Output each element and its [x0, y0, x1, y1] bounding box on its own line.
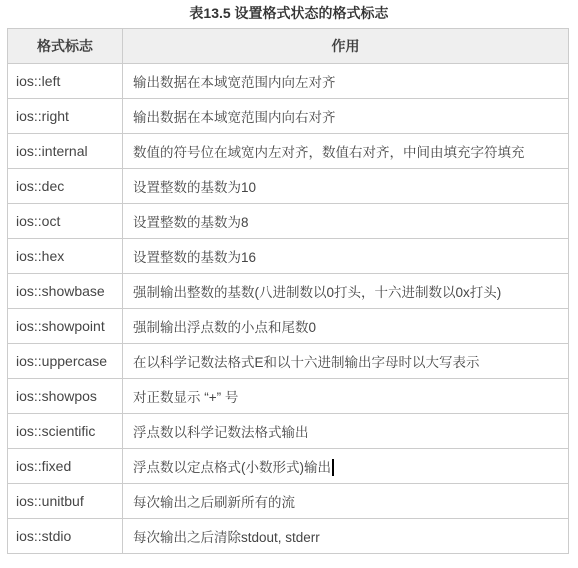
header-effect: 作用 [123, 29, 569, 64]
table-row: ios::showpoint 强制输出浮点数的小点和尾数0 [8, 309, 569, 344]
format-flags-table: 格式标志 作用 ios::left 输出数据在本域宽范围内向左对齐 ios::r… [7, 28, 569, 554]
flag-cell: ios::showbase [8, 274, 123, 309]
flag-cell: ios::stdio [8, 519, 123, 554]
effect-cell: 浮点数以科学记数法格式输出 [123, 414, 569, 449]
effect-text: 输出数据在本域宽范围内向右对齐 [133, 110, 336, 125]
table-row: ios::fixed 浮点数以定点格式(小数形式)输出 [8, 449, 569, 484]
table-row: ios::hex 设置整数的基数为16 [8, 239, 569, 274]
effect-text: 设置整数的基数为8 [133, 215, 249, 230]
effect-text: 强制输出浮点数的小点和尾数0 [133, 320, 316, 335]
table-row: ios::oct 设置整数的基数为8 [8, 204, 569, 239]
flag-cell: ios::internal [8, 134, 123, 169]
flag-cell: ios::fixed [8, 449, 123, 484]
table-row: ios::internal 数值的符号位在域宽内左对齐，数值右对齐，中间由填充字… [8, 134, 569, 169]
flag-cell: ios::hex [8, 239, 123, 274]
table-row: ios::stdio 每次输出之后清除stdout, stderr [8, 519, 569, 554]
effect-cell: 浮点数以定点格式(小数形式)输出 [123, 449, 569, 484]
flag-cell: ios::dec [8, 169, 123, 204]
page-title: 表13.5 设置格式状态的格式标志 [0, 0, 578, 28]
header-flag: 格式标志 [8, 29, 123, 64]
flag-cell: ios::oct [8, 204, 123, 239]
effect-cell: 数值的符号位在域宽内左对齐，数值右对齐，中间由填充字符填充 [123, 134, 569, 169]
effect-text: 在以科学记数法格式E和以十六进制输出字母时以大写表示 [133, 355, 480, 370]
flag-cell: ios::showpoint [8, 309, 123, 344]
effect-text: 数值的符号位在域宽内左对齐，数值右对齐，中间由填充字符填充 [133, 145, 525, 160]
effect-text: 对正数显示 “+” 号 [133, 390, 238, 405]
table-row: ios::showbase 强制输出整数的基数(八进制数以0打头，十六进制数以0… [8, 274, 569, 309]
effect-cell: 每次输出之后刷新所有的流 [123, 484, 569, 519]
effect-text: 每次输出之后刷新所有的流 [133, 495, 295, 510]
table-row: ios::left 输出数据在本域宽范围内向左对齐 [8, 64, 569, 99]
effect-text: 浮点数以定点格式(小数形式)输出 [133, 460, 331, 475]
effect-cell: 设置整数的基数为10 [123, 169, 569, 204]
table-row: ios::showpos 对正数显示 “+” 号 [8, 379, 569, 414]
table-row: ios::scientific 浮点数以科学记数法格式输出 [8, 414, 569, 449]
flag-cell: ios::left [8, 64, 123, 99]
table-row: ios::dec 设置整数的基数为10 [8, 169, 569, 204]
table-row: ios::unitbuf 每次输出之后刷新所有的流 [8, 484, 569, 519]
effect-text: 输出数据在本域宽范围内向左对齐 [133, 75, 336, 90]
effect-text: 每次输出之后清除stdout, stderr [133, 530, 320, 545]
table-row: ios::right 输出数据在本域宽范围内向右对齐 [8, 99, 569, 134]
effect-cell: 输出数据在本域宽范围内向左对齐 [123, 64, 569, 99]
effect-cell: 对正数显示 “+” 号 [123, 379, 569, 414]
effect-cell: 输出数据在本域宽范围内向右对齐 [123, 99, 569, 134]
effect-cell: 强制输出浮点数的小点和尾数0 [123, 309, 569, 344]
table-row: ios::uppercase 在以科学记数法格式E和以十六进制输出字母时以大写表… [8, 344, 569, 379]
effect-cell: 设置整数的基数为16 [123, 239, 569, 274]
effect-cell: 设置整数的基数为8 [123, 204, 569, 239]
flag-cell: ios::showpos [8, 379, 123, 414]
effect-cell: 每次输出之后清除stdout, stderr [123, 519, 569, 554]
flag-cell: ios::scientific [8, 414, 123, 449]
header-row: 格式标志 作用 [8, 29, 569, 64]
effect-text: 设置整数的基数为16 [133, 250, 256, 265]
flag-cell: ios::uppercase [8, 344, 123, 379]
effect-text: 强制输出整数的基数(八进制数以0打头，十六进制数以0x打头) [133, 285, 501, 300]
flag-cell: ios::right [8, 99, 123, 134]
effect-cell: 在以科学记数法格式E和以十六进制输出字母时以大写表示 [123, 344, 569, 379]
text-cursor [332, 459, 334, 476]
effect-text: 设置整数的基数为10 [133, 180, 256, 195]
flag-cell: ios::unitbuf [8, 484, 123, 519]
table-header: 格式标志 作用 [8, 29, 569, 64]
effect-text: 浮点数以科学记数法格式输出 [133, 425, 309, 440]
effect-cell: 强制输出整数的基数(八进制数以0打头，十六进制数以0x打头) [123, 274, 569, 309]
